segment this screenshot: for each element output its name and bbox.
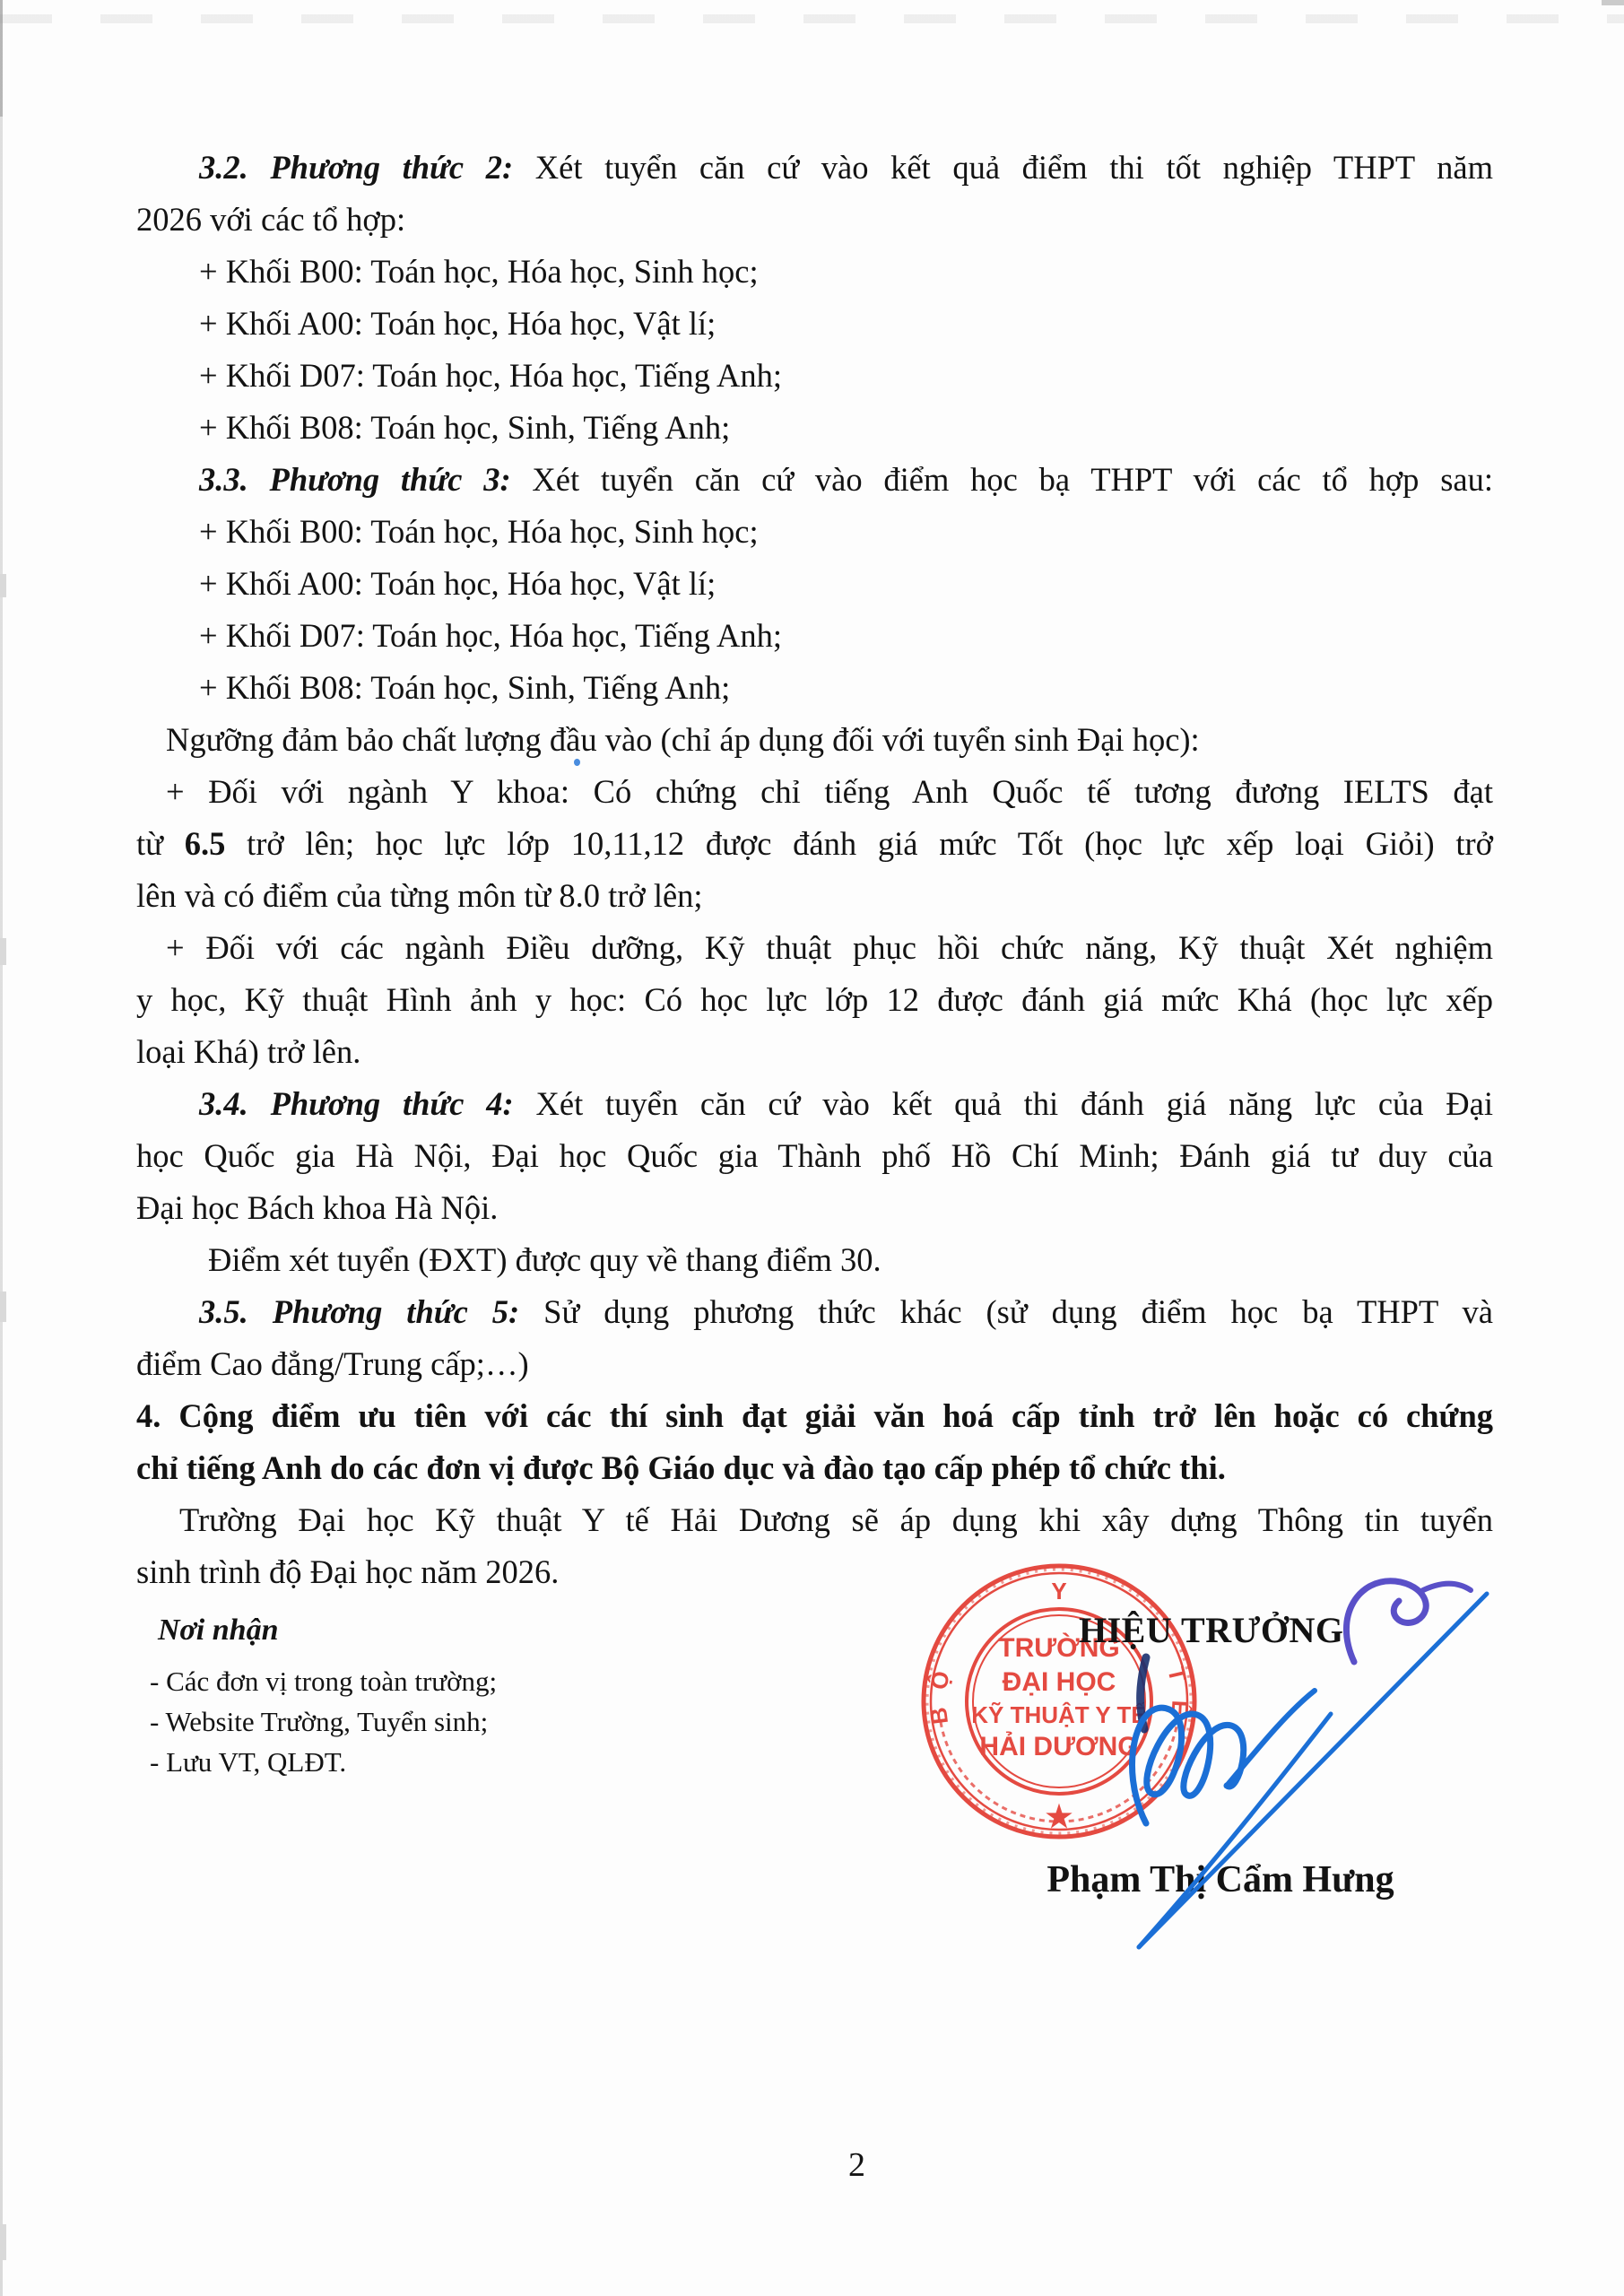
stamp-ring-letter: Ộ: [925, 1669, 955, 1692]
recipient-item: - Các đơn vị trong toàn trường;: [150, 1661, 497, 1701]
scan-artifact-tick: [0, 574, 6, 597]
line-method5-b: điểm Cao đẳng/Trung cấp;…): [136, 1338, 1493, 1390]
line-closing-a: Trường Đại học Kỹ thuật Y tế Hải Dương s…: [136, 1494, 1493, 1546]
method2-heading: 3.2. Phương thức 2:: [199, 149, 513, 186]
page-number: 2: [848, 2145, 865, 2185]
line-dxt-note: Điểm xét tuyển (ĐXT) được quy về thang đ…: [136, 1234, 1493, 1286]
line-method5-a: 3.5. Phương thức 5: Sử dụng phương thức …: [136, 1286, 1493, 1338]
line-threshold-other-a: + Đối với các ngành Điều dưỡng, Kỹ thuật…: [136, 922, 1493, 974]
recipient-item: - Website Trường, Tuyển sinh;: [150, 1701, 497, 1742]
line-threshold-other-c: loại Khá) trở lên.: [136, 1026, 1493, 1078]
method4-heading: 3.4. Phương thức 4:: [199, 1085, 514, 1122]
line-combo-b00: + Khối B00: Toán học, Hóa học, Sinh học;: [136, 246, 1493, 298]
ielts-score: 6.5: [185, 825, 226, 862]
line-method4-a: 3.4. Phương thức 4: Xét tuyển căn cứ vào…: [136, 1078, 1493, 1130]
scan-artifact-corner-mark: [1602, 0, 1624, 5]
line-combo-b08: + Khối B08: Toán học, Sinh, Tiếng Anh;: [136, 402, 1493, 454]
line-priority-bonus-b: chỉ tiếng Anh do các đơn vị được Bộ Giáo…: [136, 1442, 1493, 1494]
stamp-ring-letter: B: [925, 1706, 953, 1726]
line-method4-b: học Quốc gia Hà Nội, Đại học Quốc gia Th…: [136, 1130, 1493, 1182]
line-combo-d07: + Khối D07: Toán học, Hóa học, Tiếng Anh…: [136, 350, 1493, 402]
line-method2-b: 2026 với các tổ hợp:: [136, 194, 1493, 246]
line-combo-d07: + Khối D07: Toán học, Hóa học, Tiếng Anh…: [136, 610, 1493, 662]
scan-artifact-tick: [0, 1291, 6, 1322]
line-threshold-intro: Ngưỡng đảm bảo chất lượng đầu vào (chỉ á…: [136, 714, 1493, 766]
scan-artifact-tick: [0, 2224, 6, 2260]
line-method3: 3.3. Phương thức 3: Xét tuyển căn cứ vào…: [136, 454, 1493, 506]
recipient-item: - Lưu VT, QLĐT.: [150, 1742, 497, 1782]
recipients-list: - Các đơn vị trong toàn trường; - Websit…: [150, 1661, 497, 1782]
scan-artifact-left-edge: [0, 0, 3, 2296]
line-method2-a: 3.2. Phương thức 2: Xét tuyển căn cứ vào…: [136, 142, 1493, 194]
scan-artifact-tick: [0, 938, 6, 965]
scanned-document-page: 3.2. Phương thức 2: Xét tuyển căn cứ vào…: [0, 0, 1624, 2296]
line-threshold-other-b: y học, Kỹ thuật Hình ảnh y học: Có học l…: [136, 974, 1493, 1026]
line-threshold-ykhoa-b: từ 6.5 trở lên; học lực lớp 10,11,12 đượ…: [136, 818, 1493, 870]
line-method4-c: Đại học Bách khoa Hà Nội.: [136, 1182, 1493, 1234]
method3-heading: 3.3. Phương thức 3:: [199, 461, 511, 498]
scan-artifact-top-dashes: [0, 14, 1624, 23]
line-combo-b00: + Khối B00: Toán học, Hóa học, Sinh học;: [136, 506, 1493, 558]
line-combo-a00: + Khối A00: Toán học, Hóa học, Vật lí;: [136, 298, 1493, 350]
line-combo-a00: + Khối A00: Toán học, Hóa học, Vật lí;: [136, 558, 1493, 610]
document-body: 3.2. Phương thức 2: Xét tuyển căn cứ vào…: [136, 142, 1493, 1598]
line-priority-bonus-a: 4. Cộng điểm ưu tiên với các thí sinh đạ…: [136, 1390, 1493, 1442]
method5-heading: 3.5. Phương thức 5:: [199, 1293, 519, 1330]
signature-ink: [1012, 1554, 1527, 1958]
line-threshold-ykhoa-c: lên và có điểm của từng môn từ 8.0 trở l…: [136, 870, 1493, 922]
line-threshold-ykhoa-a: + Đối với ngành Y khoa: Có chứng chỉ tiế…: [136, 766, 1493, 818]
noi-nhan-label: Nơi nhận: [158, 1613, 278, 1648]
line-combo-b08: + Khối B08: Toán học, Sinh, Tiếng Anh;: [136, 662, 1493, 714]
